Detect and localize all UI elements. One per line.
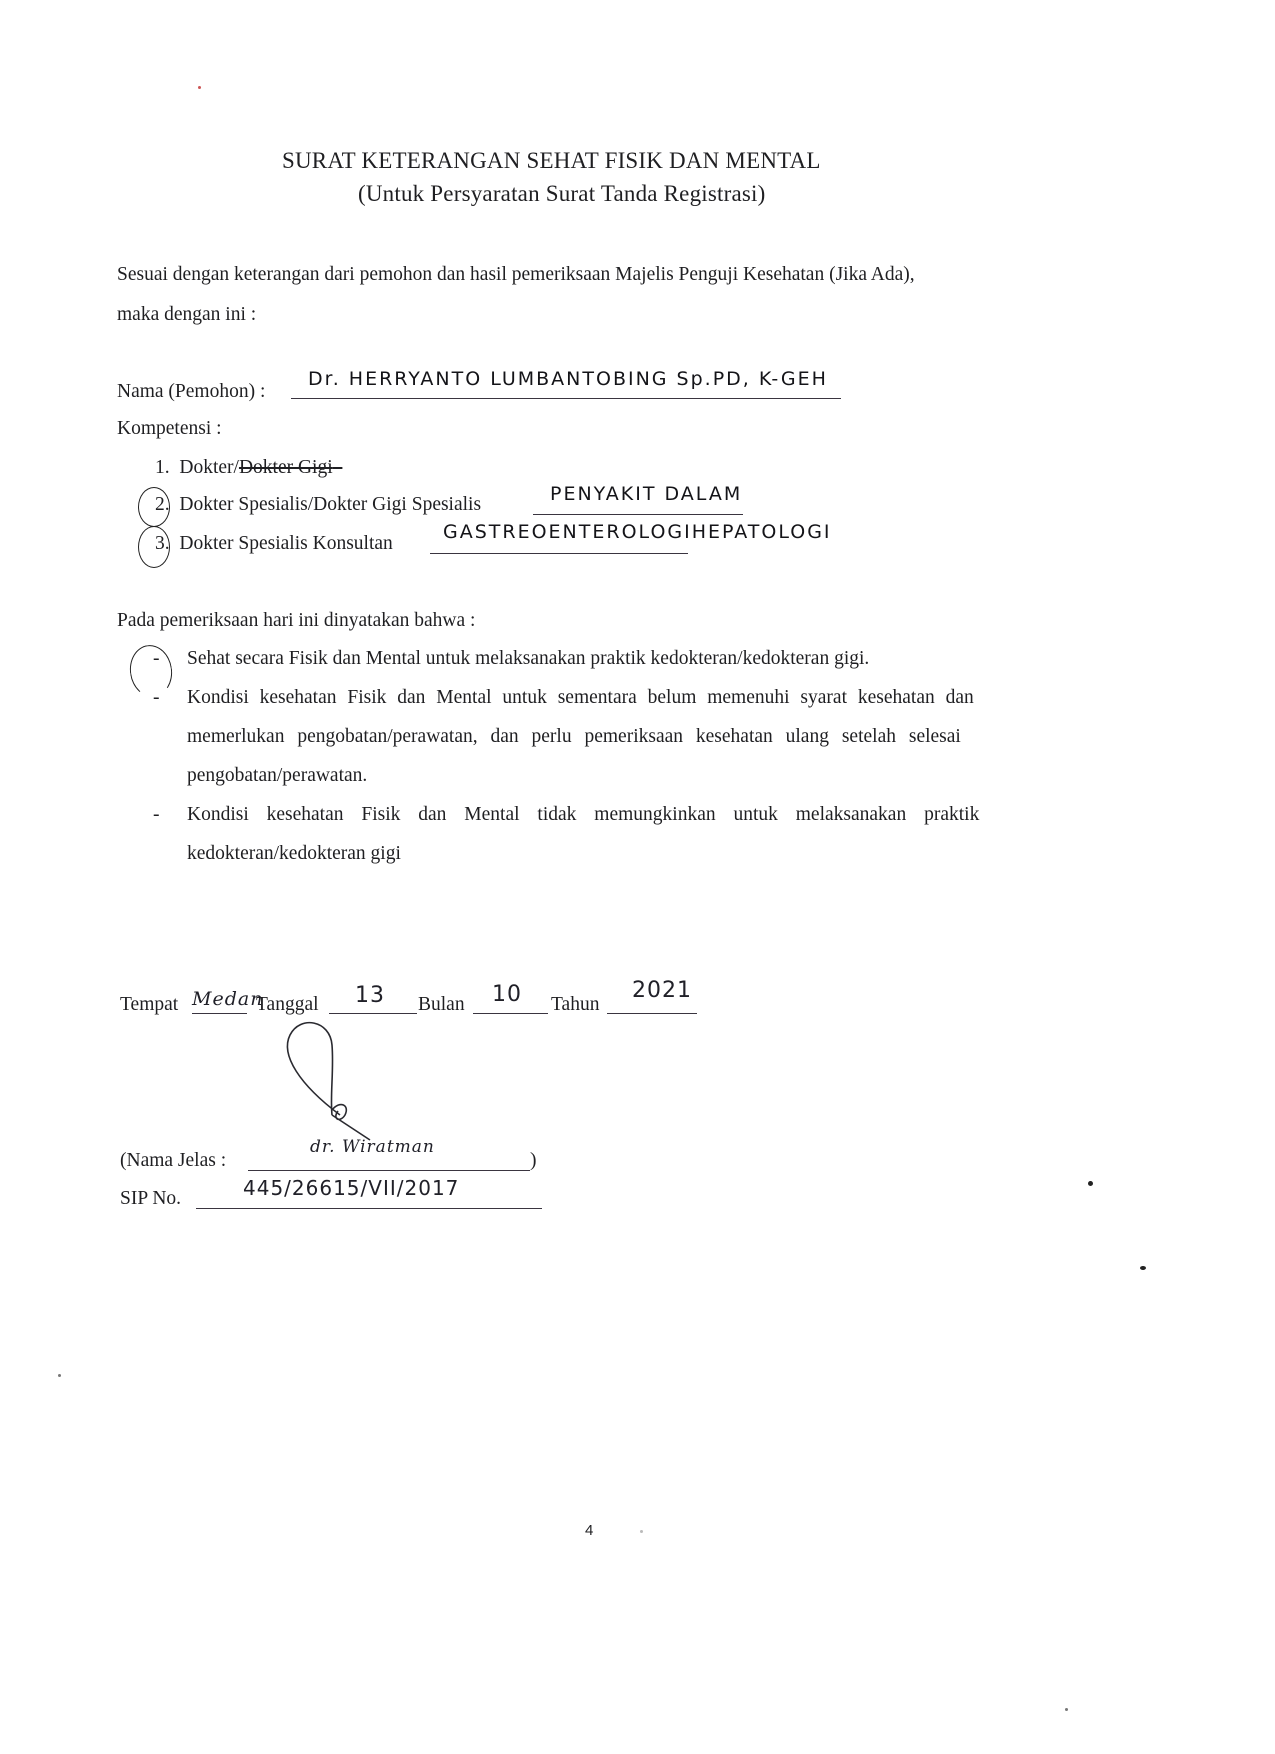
scan-speck xyxy=(640,1530,643,1533)
scan-speck xyxy=(1140,1266,1146,1270)
intro-line-2: maka dengan ini : xyxy=(117,304,256,326)
scan-speck xyxy=(58,1374,61,1377)
consultant-field[interactable]: GASTREOENTEROLOGIHEPATOLOGI xyxy=(443,521,832,543)
scan-speck xyxy=(1065,1708,1068,1711)
month-label: Bulan xyxy=(418,994,465,1016)
sip-label: SIP No. xyxy=(120,1188,181,1210)
scan-speck xyxy=(1088,1181,1093,1186)
option-3-line-2: kedokteran/kedokteran gigi xyxy=(187,843,401,865)
competence-item-2-number: 2. xyxy=(155,494,170,515)
intro-line-1: Sesuai dengan keterangan dari pemohon da… xyxy=(117,264,1057,286)
option-2-line-3: pengobatan/perawatan. xyxy=(187,765,367,787)
sip-field[interactable]: 445/26615/VII/2017 xyxy=(243,1176,459,1200)
examination-label: Pada pemeriksaan hari ini dinyatakan bah… xyxy=(117,610,475,632)
day-label: Tanggal xyxy=(256,994,319,1016)
competence-item-2-text: Dokter Spesialis/Dokter Gigi Spesialis xyxy=(179,494,481,515)
month-field[interactable]: 10 xyxy=(492,982,522,1007)
name-underline xyxy=(248,1170,530,1171)
option-3-line-1[interactable]: Kondisi kesehatan Fisik dan Mental tidak… xyxy=(187,804,979,826)
competence-item-3[interactable]: 3. Dokter Spesialis Konsultan xyxy=(155,533,393,555)
consultant-underline xyxy=(430,553,688,554)
place-underline xyxy=(192,1013,247,1014)
applicant-name-field[interactable]: Dr. HERRYANTO LUMBANTOBING Sp.PD, K-GEH xyxy=(308,368,828,390)
signature-scribble xyxy=(270,1015,470,1155)
competence-item-1[interactable]: 1. Dokter/Dokter Gigi xyxy=(155,457,342,479)
name-label: (Nama Jelas : xyxy=(120,1150,226,1172)
year-underline xyxy=(607,1013,697,1014)
page-number: 4 xyxy=(585,1522,593,1539)
competence-item-1-text: Dokter/ xyxy=(179,457,239,478)
year-label: Tahun xyxy=(551,994,599,1016)
year-field[interactable]: 2021 xyxy=(632,978,692,1003)
scan-speck xyxy=(198,86,201,89)
competence-item-3-text: Dokter Spesialis Konsultan xyxy=(179,533,392,554)
name-field[interactable]: dr. Wiratman xyxy=(310,1137,435,1157)
day-field[interactable]: 13 xyxy=(355,983,385,1008)
specialist-field[interactable]: PENYAKIT DALAM xyxy=(550,483,742,505)
option-2-line-1[interactable]: Kondisi kesehatan Fisik dan Mental untuk… xyxy=(187,687,1057,709)
name-close-paren: ) xyxy=(530,1150,537,1172)
option-2-line-2: memerlukan pengobatan/perawatan, dan per… xyxy=(187,726,961,748)
competence-item-1-struck: Dokter Gigi xyxy=(239,457,333,478)
place-label: Tempat xyxy=(120,994,178,1016)
option-2-bullet: - xyxy=(153,687,160,709)
place-field[interactable]: Medan xyxy=(192,988,263,1010)
sip-underline xyxy=(196,1208,542,1209)
competence-item-2[interactable]: 2. Dokter Spesialis/Dokter Gigi Spesiali… xyxy=(155,494,481,516)
applicant-underline xyxy=(291,398,841,399)
competence-label: Kompetensi : xyxy=(117,418,222,440)
day-underline xyxy=(329,1013,417,1014)
document-subtitle: (Untuk Persyaratan Surat Tanda Registras… xyxy=(358,181,766,207)
option-1-text[interactable]: Sehat secara Fisik dan Mental untuk mela… xyxy=(187,648,869,670)
document-title: SURAT KETERANGAN SEHAT FISIK DAN MENTAL xyxy=(282,148,821,174)
competence-item-1-number: 1. xyxy=(155,457,170,478)
selection-circle-option-1 xyxy=(127,642,176,699)
competence-item-3-number: 3. xyxy=(155,533,170,554)
option-3-bullet: - xyxy=(153,804,160,826)
option-1-bullet: - xyxy=(153,648,160,670)
applicant-label: Nama (Pemohon) : xyxy=(117,381,265,403)
month-underline xyxy=(473,1013,548,1014)
specialist-underline xyxy=(533,514,743,515)
